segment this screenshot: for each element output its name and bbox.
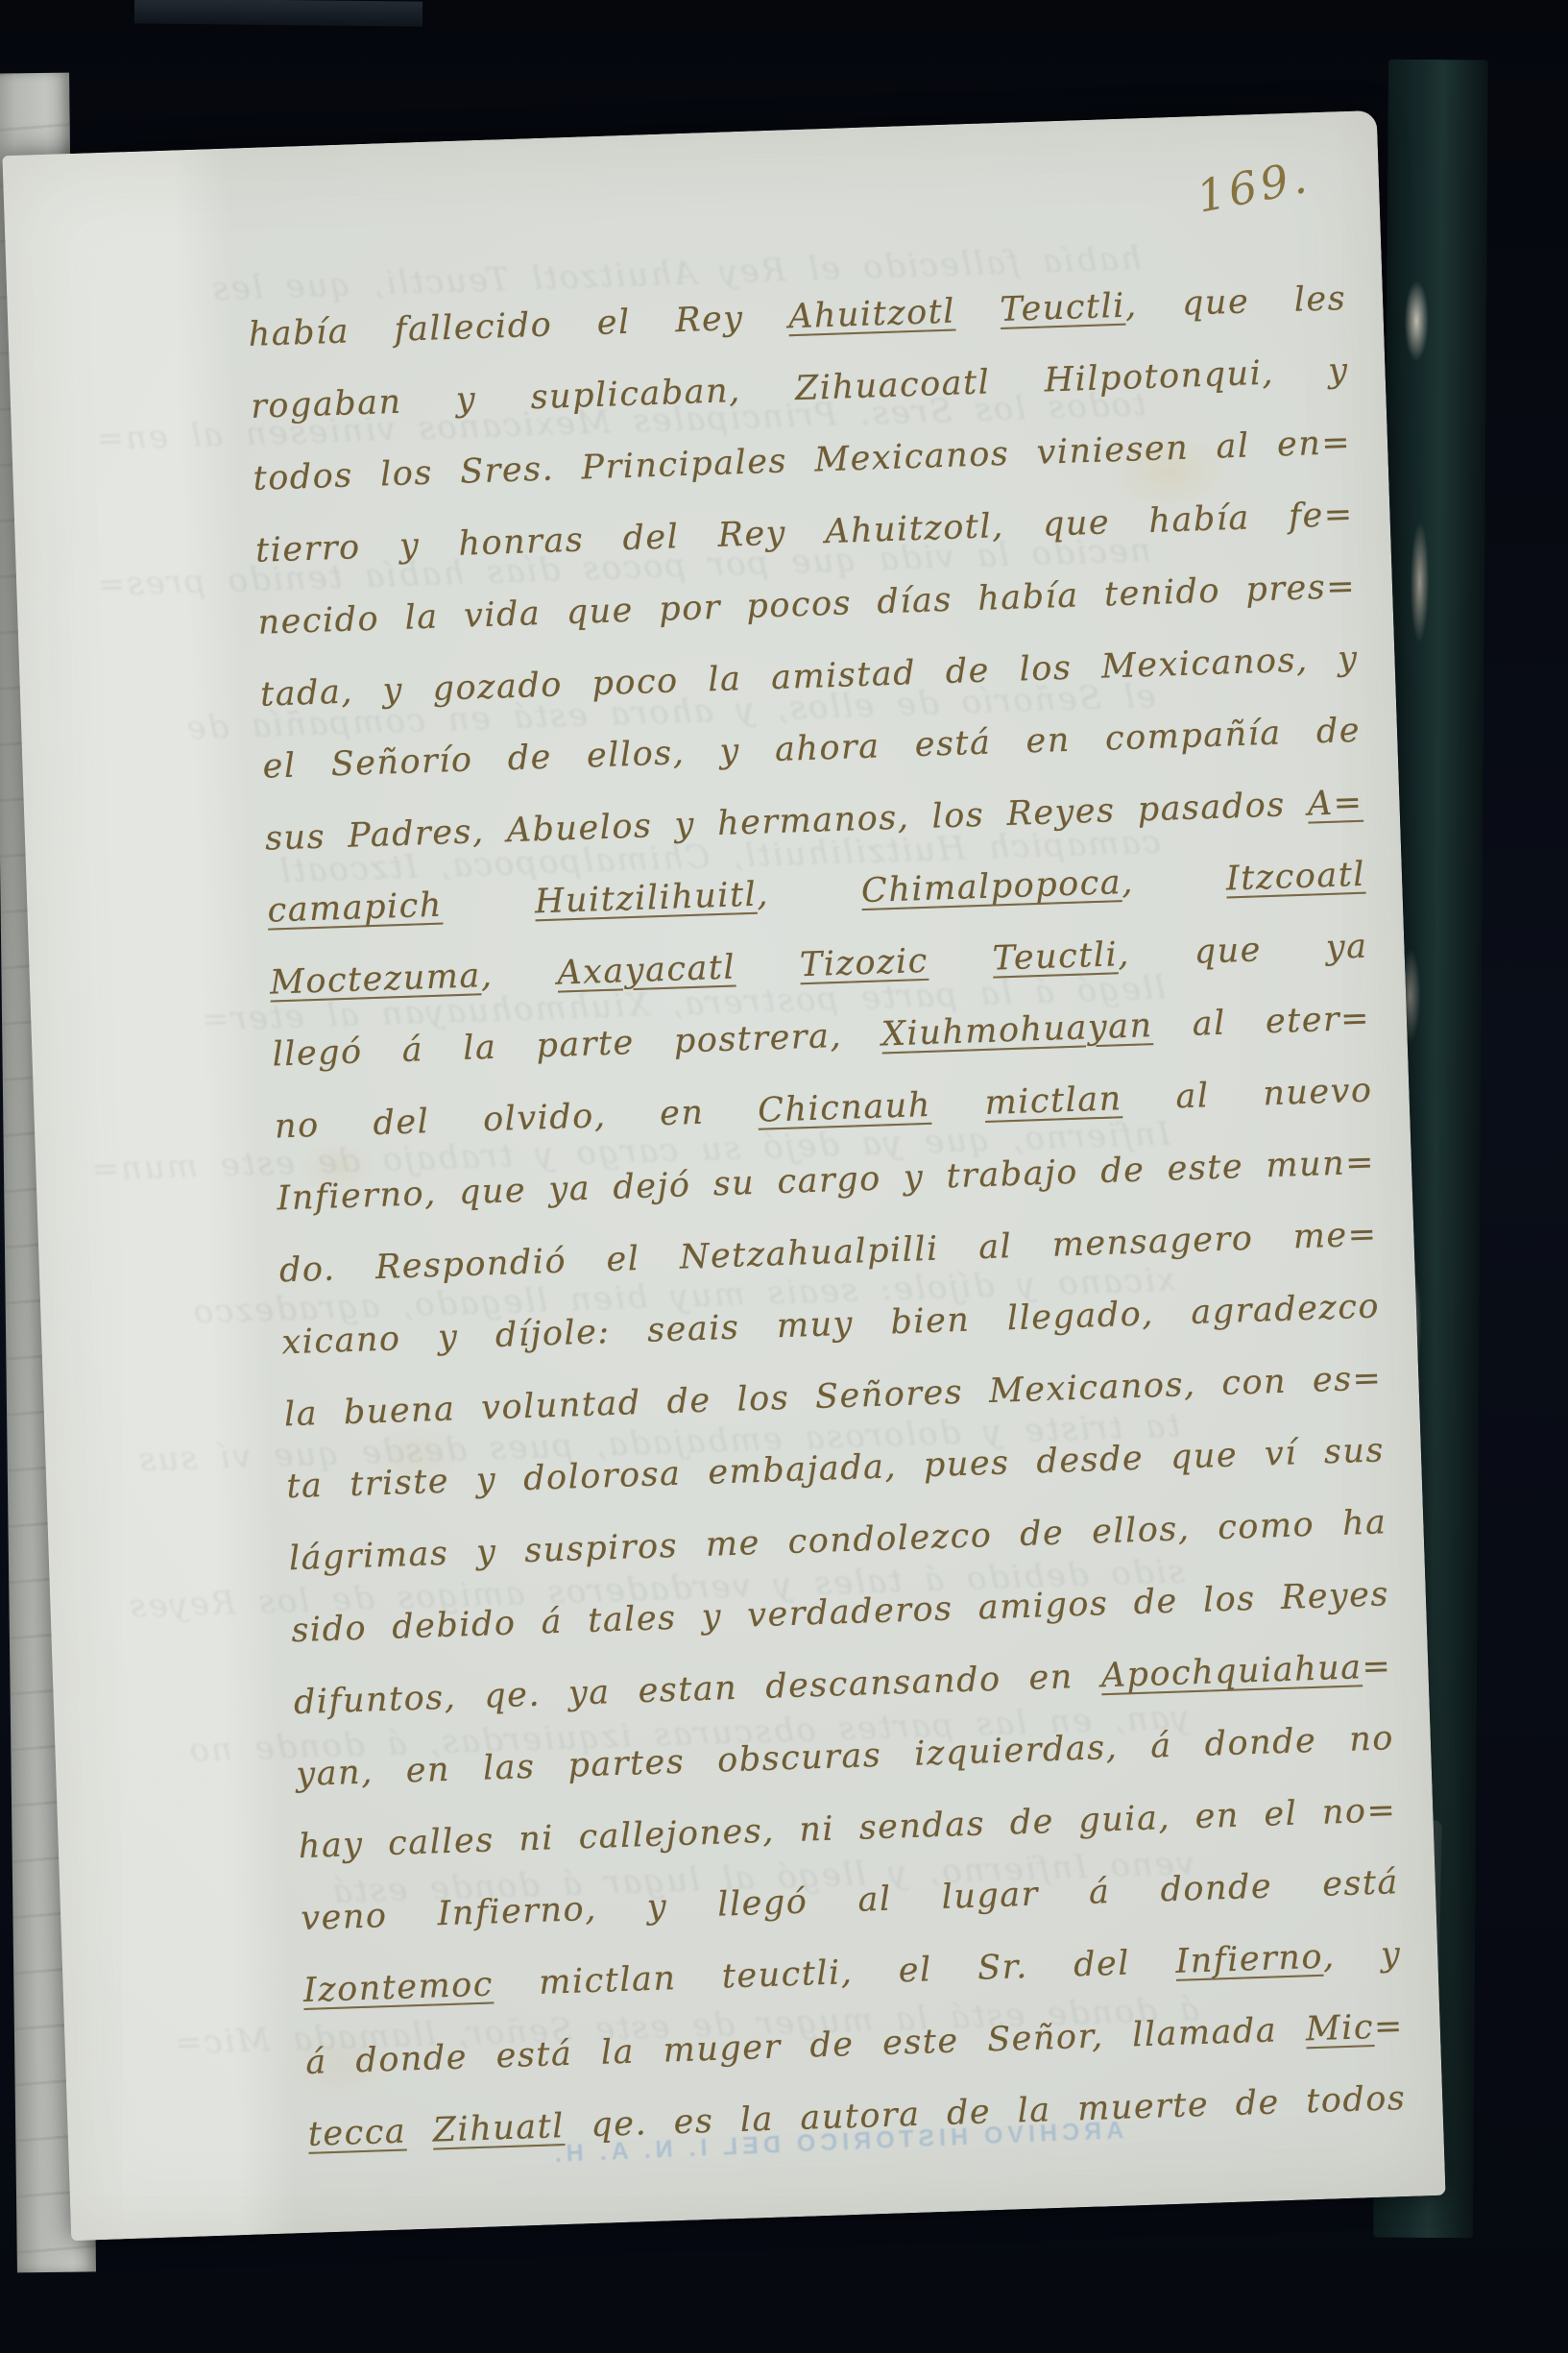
archival-photo: { "colors": { "ink": "#6f5d36", "paper":… (0, 0, 1568, 2353)
page-number: 169. (1193, 150, 1314, 222)
book-board-edge (134, 0, 422, 27)
manuscript-page: había fallecido el Rey Ahuitzotl Teuctli… (2, 110, 1445, 2241)
manuscript-text: había fallecido el Rey Ahuitzotl Teuctli… (247, 263, 1407, 2171)
